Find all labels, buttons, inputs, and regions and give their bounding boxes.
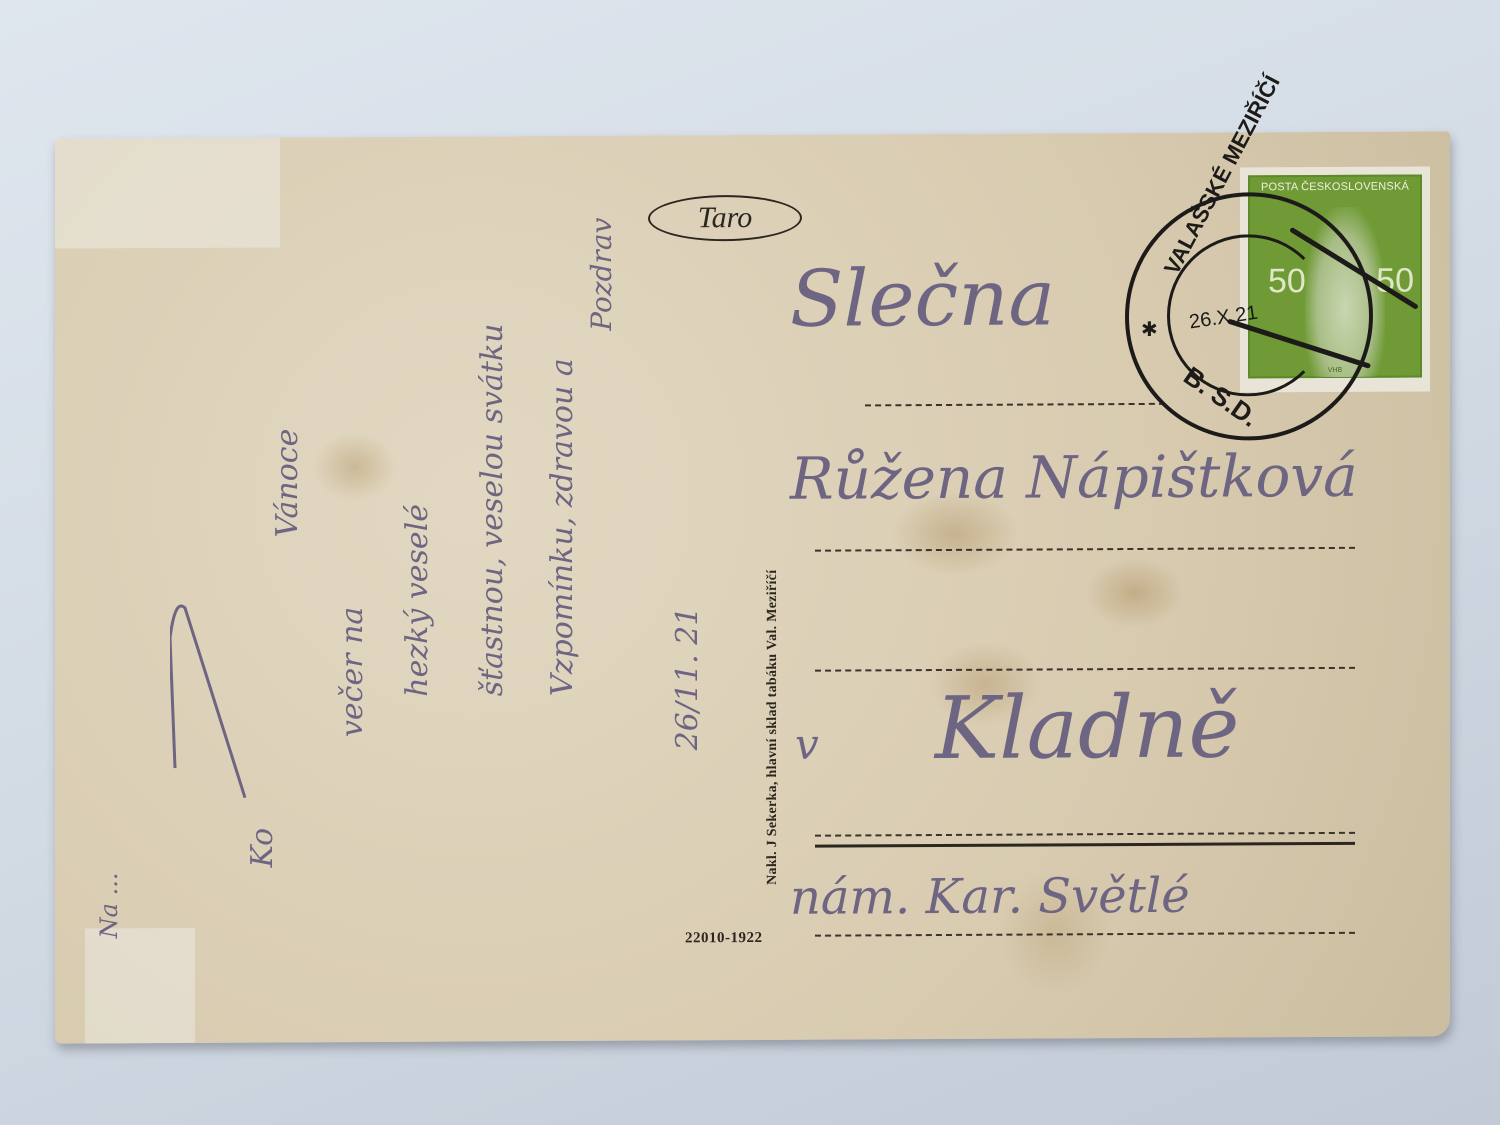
address-line-4 [815, 832, 1355, 837]
postmark: VALAŠSKÉ MEZIŘÍČÍ ✱ 26.X.21 B. S.D. [1125, 192, 1373, 441]
tape-bottom-left [85, 928, 195, 1044]
message-line: večer na [335, 607, 370, 738]
address-prefix: v [795, 720, 819, 769]
address-line-1 [865, 403, 1165, 407]
message-line: šťastnou, veselou svátku [475, 324, 510, 697]
stamp-country: POSTA ČESKOSLOVENSKÁ [1250, 181, 1420, 194]
address-salutation: Slečna [790, 253, 1055, 344]
address-line-2 [815, 547, 1355, 552]
publisher-logo: Taro [648, 195, 802, 242]
message-line: Vánoce [270, 429, 305, 538]
serial-number: 22010-1922 [685, 930, 763, 947]
address-line-3 [815, 667, 1355, 672]
address-street: nám. Kar. Světlé [790, 868, 1190, 926]
tape-top-left [55, 137, 280, 248]
postcard: Taro Nakl. J Sekerka, hlavní sklad tabák… [55, 131, 1450, 1043]
publisher-imprint: Nakl. J Sekerka, hlavní sklad tabáku Val… [765, 570, 781, 885]
message-line: hezký veselé [400, 504, 435, 697]
star-icon: ✱ [1141, 317, 1158, 342]
message-line: Vzpomínku, zdravou a [545, 358, 580, 696]
publisher-logo-text: Taro [698, 201, 753, 235]
left-margin-text: Na ... [95, 872, 123, 938]
message-date: 26/11. 21 [670, 607, 705, 751]
address-name: Růžena Nápištková [790, 442, 1358, 513]
address-city: Kladně [935, 677, 1239, 779]
address-line-4-solid [815, 842, 1355, 848]
checkmark-scribble [170, 598, 260, 808]
address-line-5 [815, 932, 1355, 937]
message-line: Pozdrav [585, 218, 618, 331]
message-signature: Ko [245, 828, 280, 868]
